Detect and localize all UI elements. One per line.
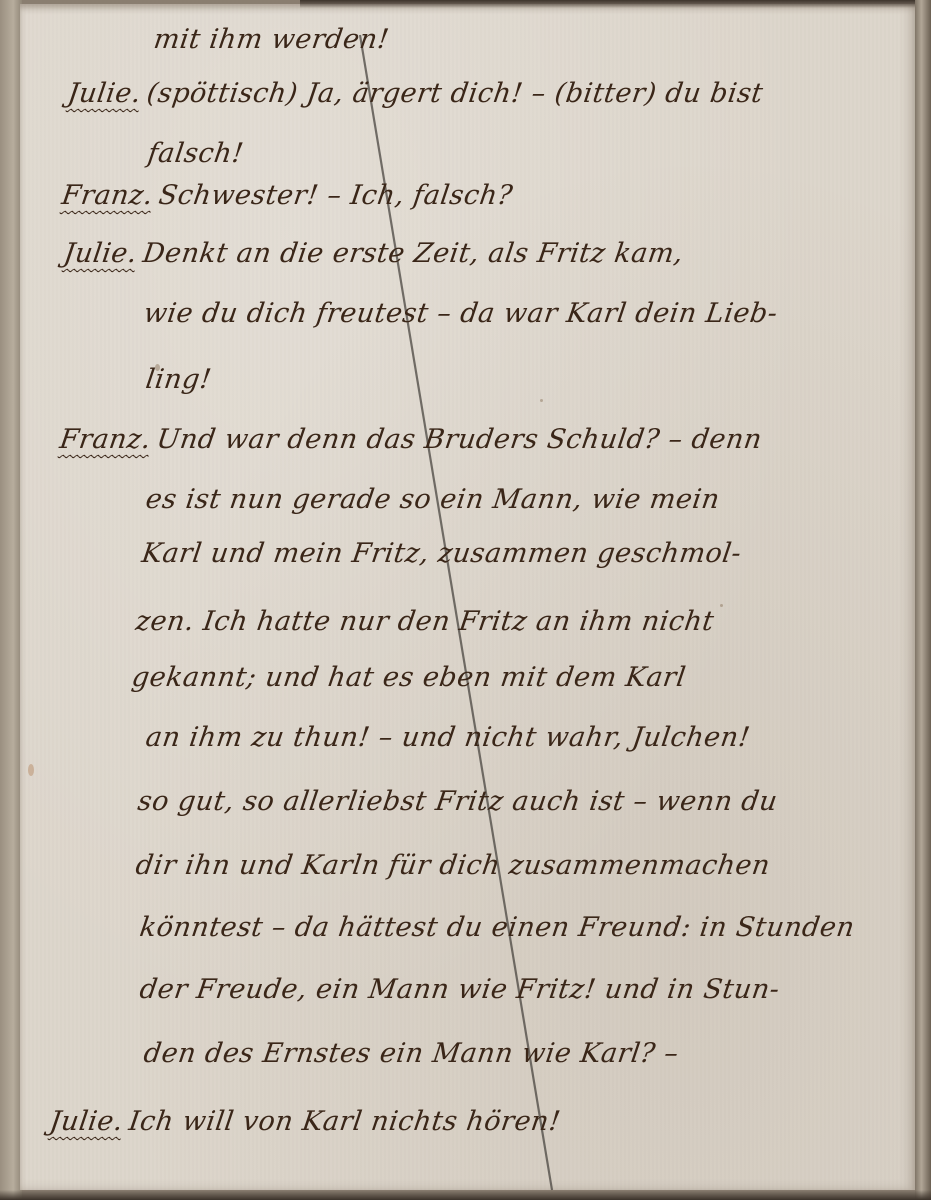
manuscript-line: Karl und mein Fritz, zusammen geschmol- [134,538,744,569]
dialogue-text: mit ihm werden! [152,24,391,55]
manuscript-line: den des Ernstes ein Mann wie Karl? – [136,1038,681,1069]
dialogue-text: dir ihn und Karln für dich zusammenmache… [134,850,772,881]
paper-speck [720,604,723,607]
manuscript-line: falsch! [140,138,246,169]
paper-stain [28,764,34,776]
dialogue-text: Schwester! – Ich, falsch? [157,180,515,211]
dialogue-text: es ist nun gerade so ein Mann, wie mein [144,484,722,515]
paper-speck [540,399,543,402]
manuscript-line: Julie.(spöttisch) Ja, ärgert dich! – (bi… [66,78,765,109]
manuscript-line: wie du dich freutest – da war Karl dein … [136,298,780,329]
dialogue-text: Karl und mein Fritz, zusammen geschmol- [140,538,744,569]
speaker-name: Franz. [58,424,153,455]
dialogue-text: an ihm zu thun! – und nicht wahr, Julche… [144,722,752,753]
manuscript-line: Julie.Denkt an die erste Zeit, als Fritz… [62,238,686,269]
dialogue-text: (spöttisch) Ja, ärgert dich! – (bitter) … [145,78,765,109]
manuscript-line: dir ihn und Karln für dich zusammenmache… [128,850,772,881]
manuscript-line: ling! [138,364,214,395]
dialogue-text: zen. Ich hatte nur den Fritz an ihm nich… [134,606,716,637]
page-bottom-edge [0,1190,931,1200]
dialogue-text: den des Ernstes ein Mann wie Karl? – [142,1038,681,1069]
manuscript-scan: mit ihm werden! Julie.(spöttisch) Ja, är… [0,0,931,1200]
manuscript-line: Franz.Schwester! – Ich, falsch? [60,180,515,211]
dialogue-text: ling! [144,364,214,395]
dialogue-text: wie du dich freutest – da war Karl dein … [142,298,780,329]
dialogue-text: Denkt an die erste Zeit, als Fritz kam, [141,238,686,269]
dialogue-text: könntest – da hättest du einen Freund: i… [138,912,857,943]
manuscript-line: Julie.Ich will von Karl nichts hören! [48,1106,563,1137]
manuscript-line: Franz.Und war denn das Bruders Schuld? –… [58,424,764,455]
dialogue-text: so gut, so allerliebst Fritz auch ist – … [136,786,780,817]
manuscript-line: mit ihm werden! [146,24,391,55]
dialogue-text: gekannt; und hat es eben mit dem Karl [130,662,688,693]
binding-edge [0,0,22,1200]
manuscript-line: zen. Ich hatte nur den Fritz an ihm nich… [128,606,716,637]
dialogue-text: der Freude, ein Mann wie Fritz! und in S… [138,974,782,1005]
manuscript-line: der Freude, ein Mann wie Fritz! und in S… [132,974,782,1005]
speaker-name: Julie. [62,238,139,269]
page-top-shadow [300,0,931,8]
dialogue-text: Und war denn das Bruders Schuld? – denn [155,424,764,455]
manuscript-line: an ihm zu thun! – und nicht wahr, Julche… [138,722,752,753]
speaker-name: Franz. [60,180,155,211]
dialogue-text: Ich will von Karl nichts hören! [127,1106,563,1137]
manuscript-line: es ist nun gerade so ein Mann, wie mein [138,484,722,515]
manuscript-line: so gut, so allerliebst Fritz auch ist – … [130,786,780,817]
page-right-edge [915,0,931,1200]
manuscript-line: könntest – da hättest du einen Freund: i… [132,912,857,943]
speaker-name: Julie. [48,1106,125,1137]
manuscript-line: gekannt; und hat es eben mit dem Karl [124,662,688,693]
speaker-name: Julie. [66,78,143,109]
dialogue-text: falsch! [146,138,246,169]
